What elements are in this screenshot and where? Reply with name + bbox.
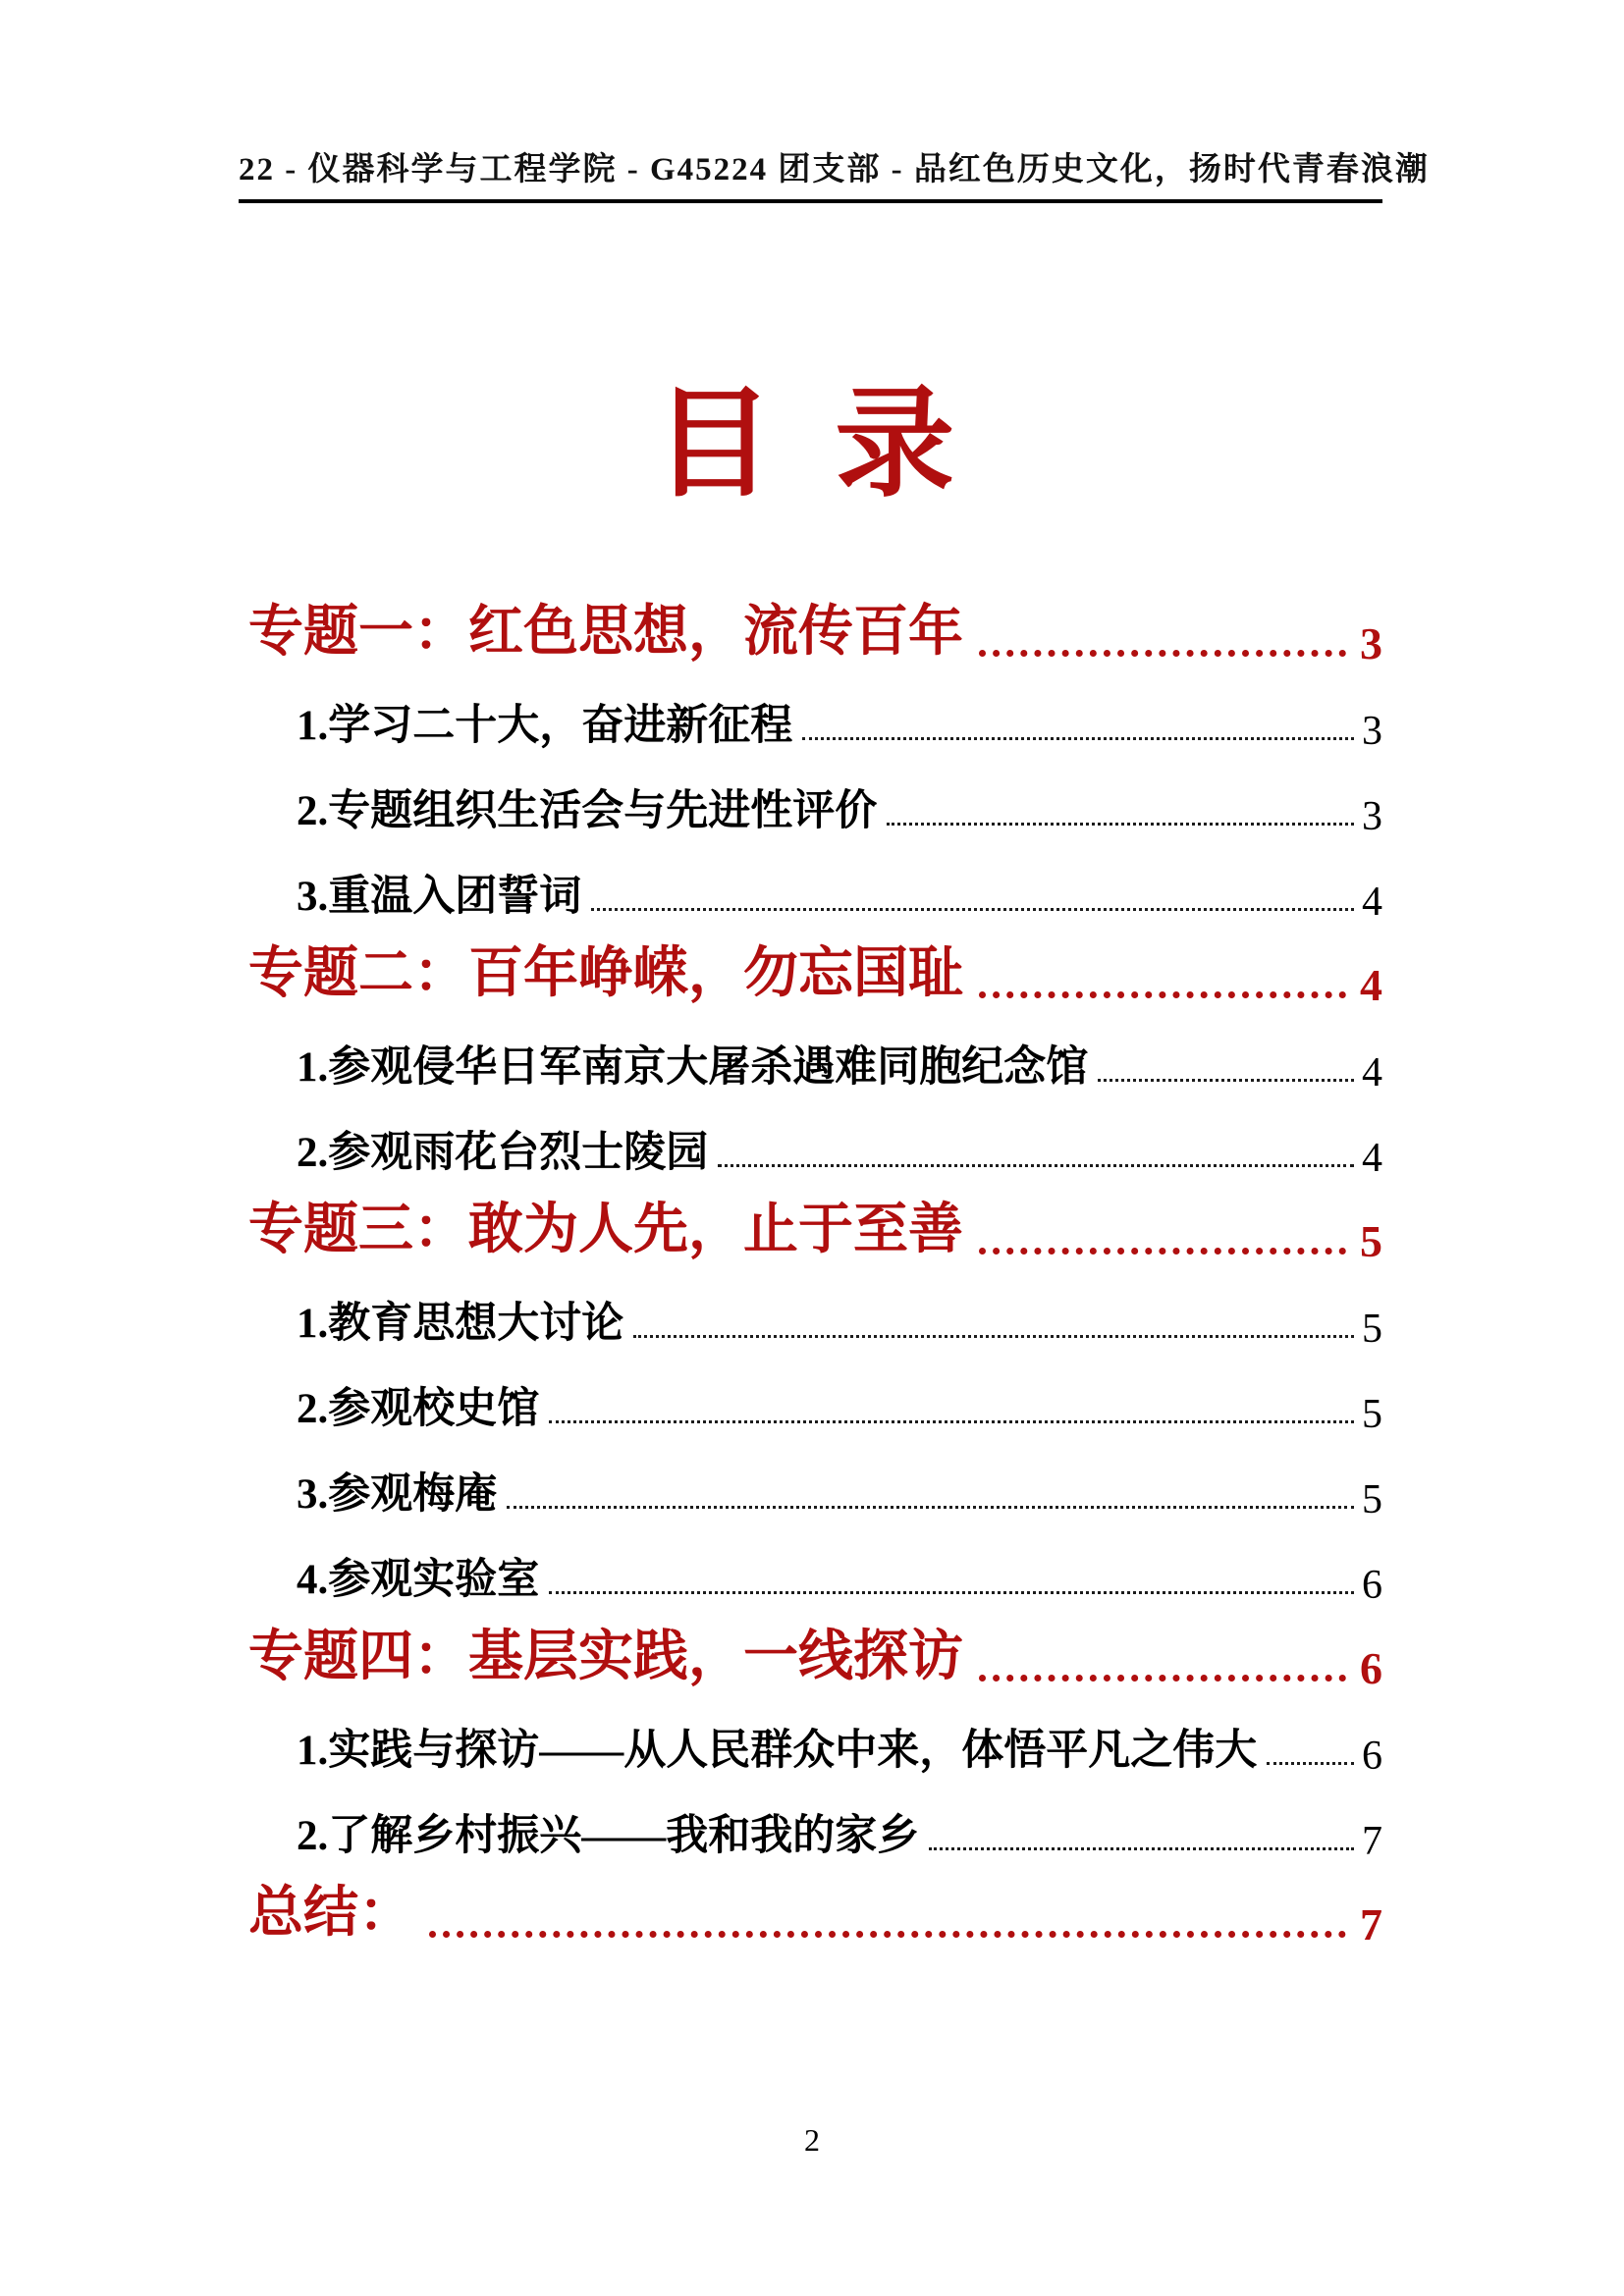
toc-dot-leader [633, 1335, 1354, 1338]
toc-list: 专题一：红色思想，流传百年 3 1.学习二十大，奋进新征程 3 2.专题组织生活… [248, 587, 1382, 1953]
header-text: 22 - 仪器科学与工程学院 - G45224 团支部 - 品红色历史文化，扬时… [239, 152, 1430, 187]
toc-dot-leader [1267, 1762, 1354, 1765]
toc-page-number: 3 [1362, 796, 1382, 837]
toc-dot-leader [549, 1591, 1354, 1594]
toc-page-number: 5 [1362, 1308, 1382, 1350]
document-page: 22 - 仪器科学与工程学院 - G45224 团支部 - 品红色历史文化，扬时… [0, 0, 1624, 2296]
toc-page-number: 5 [1362, 1479, 1382, 1521]
toc-entry-label: 专题二：百年峥嵘，勿忘国耻 [248, 930, 963, 1008]
toc-dot-leader [979, 1675, 1346, 1682]
toc-dot-leader [549, 1420, 1354, 1423]
toc-entry[interactable]: 2.参观雨花台烈士陵园 4 [248, 1099, 1382, 1185]
toc-page-number: 4 [1362, 881, 1382, 923]
toc-entry[interactable]: 2.了解乡村振兴——我和我的家乡 7 [248, 1783, 1382, 1868]
toc-entry-label: 1.学习二十大，奋进新征程 [297, 692, 792, 752]
toc-title: 目 录 [0, 371, 1624, 521]
toc-entry-label: 3.参观梅庵 [297, 1461, 497, 1521]
toc-page-number: 7 [1360, 1902, 1382, 1948]
toc-entry[interactable]: 专题四：基层实践，一线探访 6 [248, 1612, 1382, 1697]
toc-entry[interactable]: 总结： 7 [248, 1868, 1382, 1953]
toc-entry[interactable]: 专题三：敢为人先，止于至善 5 [248, 1185, 1382, 1270]
toc-entry-label: 4.参观实验室 [297, 1546, 539, 1606]
toc-dot-leader [979, 650, 1346, 657]
toc-entry[interactable]: 2.专题组织生活会与先进性评价 3 [248, 758, 1382, 843]
toc-entry-label: 2.专题组织生活会与先进性评价 [297, 777, 877, 837]
toc-entry-label: 1.实践与探访——从人民群众中来，体悟平凡之伟大 [297, 1717, 1257, 1777]
toc-page-number: 6 [1362, 1565, 1382, 1606]
toc-entry-label: 3.重温入团誓词 [297, 863, 581, 923]
toc-dot-leader [929, 1847, 1354, 1850]
toc-entry-label: 专题四：基层实践，一线探访 [248, 1613, 963, 1691]
toc-entry[interactable]: 3.参观梅庵 5 [248, 1441, 1382, 1526]
toc-page-number: 6 [1362, 1735, 1382, 1777]
toc-entry[interactable]: 专题二：百年峥嵘，勿忘国耻 4 [248, 929, 1382, 1014]
toc-dot-leader [429, 1931, 1346, 1938]
toc-page-number: 7 [1362, 1821, 1382, 1862]
toc-entry-label: 总结： [248, 1869, 413, 1948]
toc-dot-leader [507, 1506, 1354, 1509]
toc-entry[interactable]: 1.教育思想大讨论 5 [248, 1270, 1382, 1356]
toc-page-number: 5 [1362, 1394, 1382, 1435]
toc-entry-label: 专题三：敢为人先，止于至善 [248, 1186, 963, 1264]
toc-dot-leader [591, 908, 1354, 911]
toc-dot-leader [887, 823, 1354, 826]
toc-page-number: 3 [1362, 711, 1382, 752]
toc-entry-label: 1.教育思想大讨论 [297, 1290, 623, 1350]
page-header: 22 - 仪器科学与工程学院 - G45224 团支部 - 品红色历史文化，扬时… [239, 143, 1382, 203]
toc-entry-label: 2.参观校史馆 [297, 1375, 539, 1435]
toc-entry[interactable]: 1.学习二十大，奋进新征程 3 [248, 672, 1382, 758]
toc-entry[interactable]: 3.重温入团誓词 4 [248, 843, 1382, 929]
toc-dot-leader [1098, 1079, 1354, 1082]
toc-dot-leader [979, 1248, 1346, 1255]
toc-entry[interactable]: 4.参观实验室 6 [248, 1526, 1382, 1612]
footer-page-number: 2 [804, 2122, 820, 2158]
toc-dot-leader [718, 1164, 1354, 1167]
toc-entry[interactable]: 1.实践与探访——从人民群众中来，体悟平凡之伟大 6 [248, 1697, 1382, 1783]
page-footer: 2 [0, 2122, 1624, 2159]
toc-entry-label: 2.参观雨花台烈士陵园 [297, 1119, 708, 1179]
toc-page-number: 4 [1362, 1052, 1382, 1094]
toc-page-number: 3 [1360, 621, 1382, 667]
toc-page-number: 4 [1360, 963, 1382, 1008]
toc-dot-leader [802, 737, 1354, 740]
toc-entry-label: 2.了解乡村振兴——我和我的家乡 [297, 1802, 919, 1862]
toc-page-number: 6 [1360, 1646, 1382, 1691]
toc-page-number: 4 [1362, 1138, 1382, 1179]
toc-entry[interactable]: 专题一：红色思想，流传百年 3 [248, 587, 1382, 672]
toc-entry[interactable]: 1.参观侵华日军南京大屠杀遇难同胞纪念馆 4 [248, 1014, 1382, 1099]
toc-entry-label: 专题一：红色思想，流传百年 [248, 588, 963, 667]
toc-page-number: 5 [1360, 1219, 1382, 1264]
toc-entry-label: 1.参观侵华日军南京大屠杀遇难同胞纪念馆 [297, 1034, 1088, 1094]
toc-entry[interactable]: 2.参观校史馆 5 [248, 1356, 1382, 1441]
toc-dot-leader [979, 991, 1346, 998]
